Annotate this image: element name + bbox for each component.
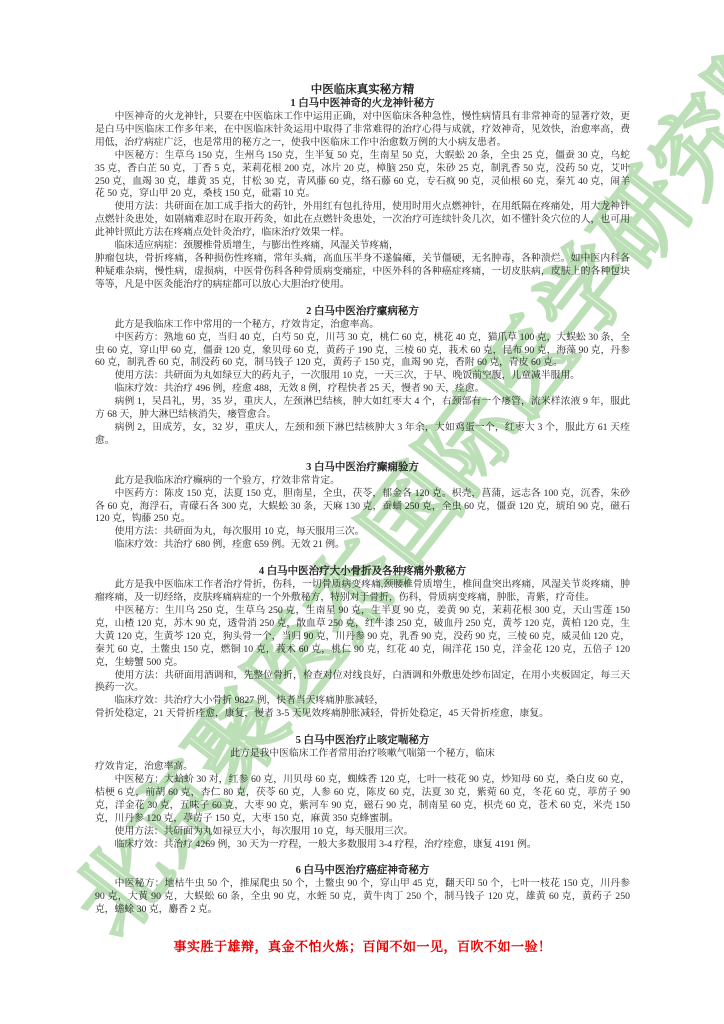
- paragraph: 此方是我临床工作中常用的一个秘方，疗效肯定，治愈率高。: [95, 319, 630, 332]
- paragraph: 临床疗效：共治疗 4269 例，30 天为一疗程，一般大多数服用 3-4 疗程，…: [95, 839, 630, 852]
- formula-section: 6 白马中医治疗癌症神奇秘方 中医秘方：地枯牛虫 50 个，推屎爬虫 50 个，…: [95, 864, 630, 917]
- paragraph: 使用方法：共研面在加工成手指大的药针，外用红有包扎待用，使用时用火点燃神针，在用…: [95, 201, 630, 240]
- paragraph: 病例 1，吴昌礼，男，35 岁，重庆人，左颈淋巴结核，肿大如红枣大 4 个，右颈…: [95, 396, 630, 422]
- formula-section: 4 白马中医治疗大小骨折及各种疼痛外敷秘方 此方是我中医临床工作者治疗骨折，伤科…: [95, 565, 630, 721]
- paragraph: 临床适应病症：颈腰椎骨质增生，与膨出性疼痛，风湿关节疼痛，: [95, 240, 630, 253]
- section-heading: 1 白马中医神奇的火龙神针秘方: [95, 97, 630, 110]
- section-heading: 3 白马中医治疗癫痫验方: [95, 461, 630, 474]
- paragraph: 中医秘方：地枯牛虫 50 个，推屎爬虫 50 个，土鳖虫 90 个，穿山甲 45…: [95, 878, 630, 917]
- paragraph: 中医药方：熟地 60 克，当归 40 克，白芍 50 克，川芎 30 克，桃仁 …: [95, 332, 630, 371]
- section-heading: 5 白马中医治疗止咳定喘秘方: [95, 734, 630, 747]
- formula-section: 2 白马中医治疗瘰病秘方 此方是我临床工作中常用的一个秘方，疗效肯定，治愈率高。…: [95, 305, 630, 448]
- sections-container: 1 白马中医神奇的火龙神针秘方 中医神奇的火龙神针，只要在中医临床工作中运用正确…: [95, 97, 630, 917]
- formula-section: 1 白马中医神奇的火龙神针秘方 中医神奇的火龙神针，只要在中医临床工作中运用正确…: [95, 97, 630, 292]
- formula-section: 3 白马中医治疗癫痫验方 此方是我临床治疗癫病的一个验方，疗效非常肯定。中医药方…: [95, 461, 630, 552]
- paragraph: 骨折处稳定，21 天骨折痊愈，康复，慢者 3-5 天见效疼痛肿胀减轻，骨折处稳定…: [95, 708, 630, 721]
- paragraph: 病例 2，田成芳，女，32 岁，重庆人，左颈和颈下淋巴结核肿大 3 年余，大如鸡…: [95, 422, 630, 448]
- paragraph: 使用方法：共研面用酒调和，先整位骨折，检查对位对线良好，白酒调和外敷患处纱布固定…: [95, 670, 630, 696]
- section-heading: 2 白马中医治疗瘰病秘方: [95, 305, 630, 318]
- paragraph: 中医秘方：生草乌 150 克，生州乌 150 克，生半复 50 克，生南星 50…: [95, 150, 630, 202]
- paragraph: 临床疗效：共治疗大小骨折 9827 例，快者当天疼痛肿胀减轻，: [95, 695, 630, 708]
- page-title: 中医临床真实秘方精: [95, 84, 630, 97]
- paragraph: 使用方法：共研面为丸，每次服用 10 克，每天服用三次。: [95, 526, 630, 539]
- paragraph: 此方是我中医临床工作者治疗骨折，伤科，一切骨质病变疼痛,颈腰椎骨质增生，椎间盘突…: [95, 579, 630, 605]
- paragraph: 疗效肯定，治愈率高。: [95, 761, 630, 774]
- paragraph: 临床疗效：共治疗 496 例，痊愈 488，无效 8 例，疗程快者 25 天，慢…: [95, 383, 630, 396]
- paragraph: 中医神奇的火龙神针，只要在中医临床工作中运用正确，对中医临床各种急性，慢性病情具…: [95, 111, 630, 150]
- footer-slogan: 事实胜于雄辩，真金不怕火炼；百闻不如一见，百吹不如一验！: [95, 941, 630, 954]
- document-page: 北京聚医杰国际医学研究院 中医临床真实秘方精 1 白马中医神奇的火龙神针秘方 中…: [0, 0, 724, 1024]
- section-heading: 4 白马中医治疗大小骨折及各种疼痛外敷秘方: [95, 565, 630, 578]
- paragraph: 临床疗效：共治疗 680 例，痊愈 659 例。无效 21 例。: [95, 539, 630, 552]
- paragraph: 肿瘤包块，骨折疼痛，各种损伤性疼痛，常年头痛，高血压半身不遂偏瘫，关节僵硬，无名…: [95, 253, 630, 292]
- paragraph: 此方是我临床治疗癫病的一个验方，疗效非常肯定。: [95, 475, 630, 488]
- paragraph: 中医秘方：生川乌 250 克，生草乌 250 克，生南星 90 克，生半夏 90…: [95, 605, 630, 670]
- paragraph: 此方是我中医临床工作者常用治疗咳嗽气喘第一个秘方，临床: [95, 748, 630, 761]
- paragraph: 中医药方：陈皮 150 克，法夏 150 克，胆南星，全虫，茯苓，郁金各 120…: [95, 488, 630, 527]
- document-content: 中医临床真实秘方精 1 白马中医神奇的火龙神针秘方 中医神奇的火龙神针，只要在中…: [0, 0, 724, 954]
- paragraph: 使用方法：共研面为丸如禄豆大小，每次服用 10 克，每天服用三次。: [95, 826, 630, 839]
- paragraph: 使用方法：共研面为丸如绿豆大的药丸子，一次服用 10 克，一天三次，于早、晚饭前…: [95, 370, 630, 383]
- formula-section: 5 白马中医治疗止咳定喘秘方 此方是我中医临床工作者常用治疗咳嗽气喘第一个秘方，…: [95, 734, 630, 851]
- section-heading: 6 白马中医治疗癌症神奇秘方: [95, 864, 630, 877]
- paragraph: 中医秘方：大蛤蚧 30 对，红参 60 克，川贝母 60 克，蜘蛛香 120 克…: [95, 774, 630, 826]
